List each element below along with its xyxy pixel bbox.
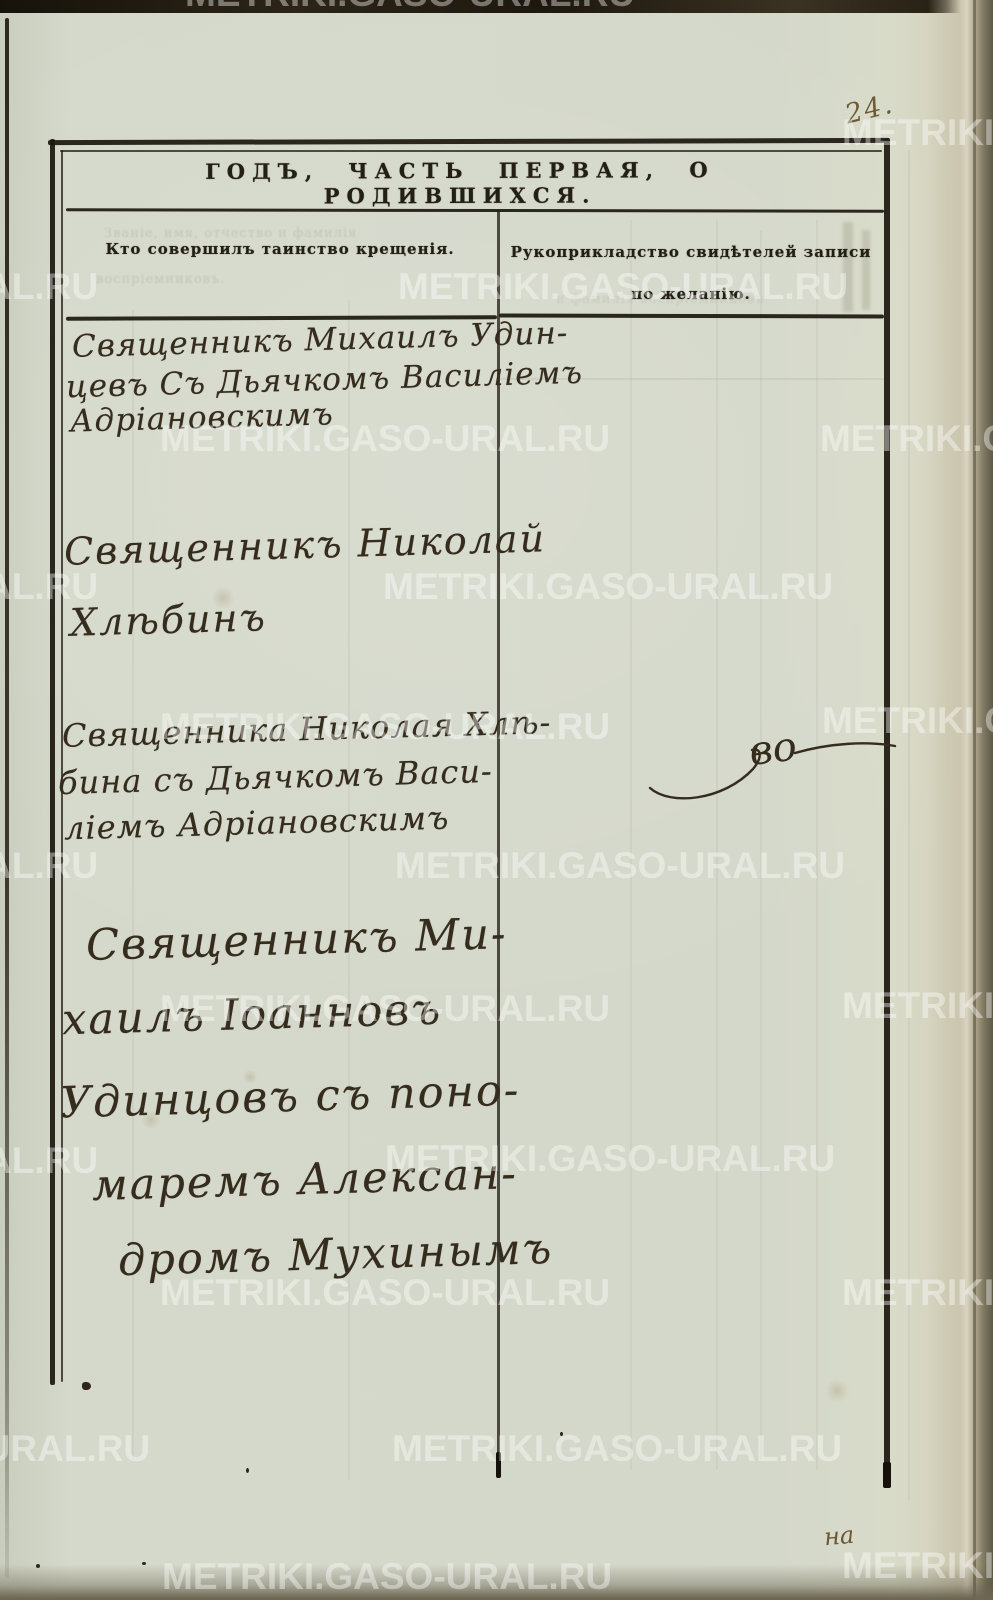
page-title: ГОДЪ, ЧАСТЬ ПЕРВАЯ, О РОДИВШИХСЯ. (70, 157, 850, 210)
watermark-text: METRIKI.GASO-URAL.RU (160, 706, 610, 748)
watermark-text: METRIKI.GASO-URAL.RU (383, 566, 833, 608)
entry-2-line-2: Хлѣбинъ (69, 595, 267, 644)
watermark-text: METRIKI.GASO-URAL.RU (0, 566, 98, 608)
frame-right-line-end (883, 1462, 891, 1488)
right-page-edge (928, 0, 993, 1600)
bleedthrough-text: Званіе, имя, отчество и фамилія (104, 226, 357, 241)
scanned-register-page: Званіе, имя, отчество и фамилія воспріем… (0, 0, 993, 1600)
watermark-text: METRIKI.GASO-URAL.RU (392, 1428, 842, 1470)
watermark-text: METRIKI.GASO-URAL.RU (822, 700, 993, 742)
column-header-right-line1: Рукоприкладство свидѣтелей записи (505, 243, 877, 261)
watermark-text: METRIKI.GASO-URAL.RU (395, 845, 845, 887)
watermark-text: METRIKI.GASO-URAL.RU (160, 988, 610, 1030)
watermark-text: METRIKI.GASO-URAL.RU (185, 0, 635, 15)
stain (824, 1380, 850, 1402)
watermark-text: METRIKI.GASO-URAL.RU (842, 1272, 993, 1314)
left-gutter-line (5, 18, 9, 1578)
watermark-text: METRIKI.GASO-URAL.RU (820, 418, 993, 460)
bleedthrough-text: воспріемниковъ. (96, 272, 225, 287)
watermark-text: METRIKI.GASO-URAL.RU (0, 266, 98, 308)
crease (132, 310, 134, 1460)
watermark-text: METRIKI.GASO-URAL.RU (842, 112, 993, 154)
watermark-text: METRIKI.GASO-URAL.RU (842, 985, 993, 1027)
watermark-text: METRIKI.GASO-URAL.RU (842, 1545, 993, 1587)
watermark-text: METRIKI.GASO-URAL.RU (0, 845, 98, 887)
watermark-text: METRIKI.GASO-URAL.RU (162, 1556, 612, 1598)
watermark-text: METRIKI.GASO-URAL.RU (385, 1138, 835, 1180)
ink-speck (246, 1468, 249, 1473)
watermark-text: METRIKI.GASO-URAL.RU (0, 1140, 98, 1182)
right-page-edge-line (973, 0, 976, 1600)
frame-left-line (50, 139, 55, 1385)
watermark-text: METRIKI.GASO-URAL.RU (398, 266, 848, 308)
watermark-text: METRIKI.GASO-URAL.RU (0, 1428, 150, 1470)
witness-note-handwriting: во (747, 723, 800, 774)
watermark-text: METRIKI.GASO-URAL.RU (160, 1272, 610, 1314)
column-header-left: Кто совершилъ таинство крещенія. (80, 240, 480, 258)
watermark-text: METRIKI.GASO-URAL.RU (160, 418, 610, 460)
ink-speck (82, 1382, 91, 1390)
frame-top-inner-line (60, 150, 882, 152)
